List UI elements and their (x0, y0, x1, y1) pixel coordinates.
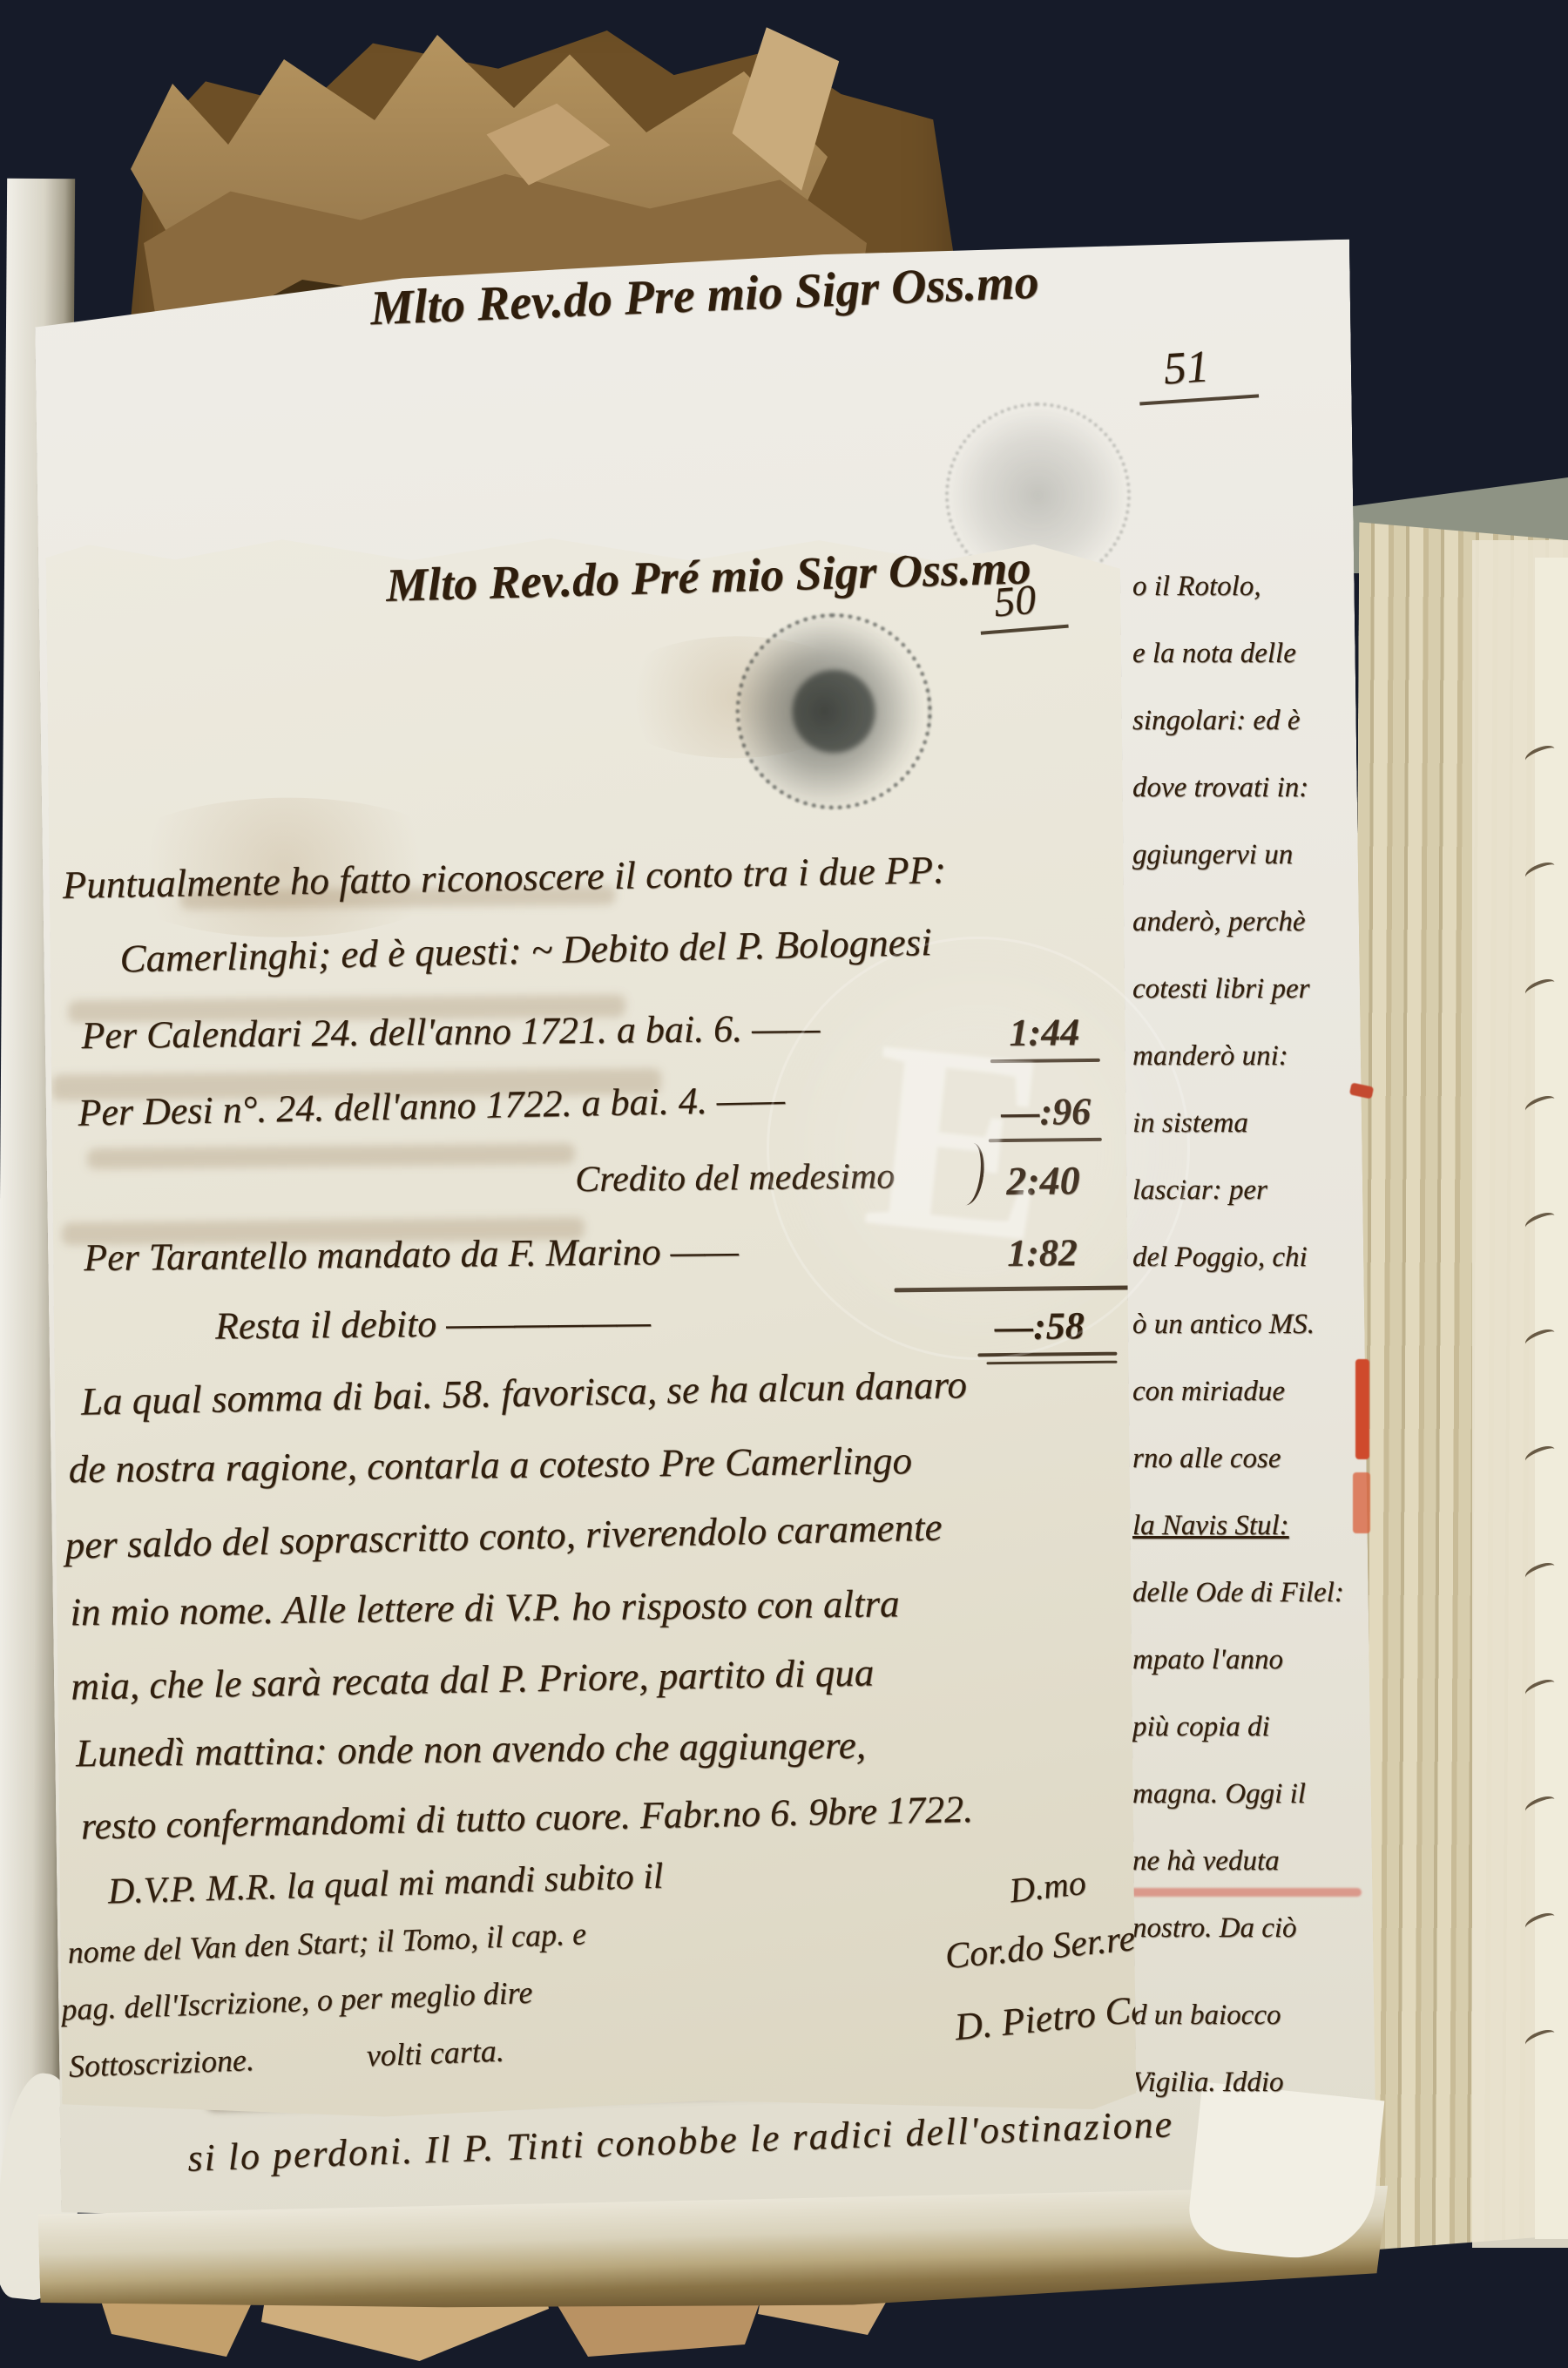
watermark-letter: E (854, 978, 1065, 1306)
scribble-mark (1523, 859, 1557, 883)
folio51-line: ggiungervi un (1132, 839, 1293, 906)
account-label: Resta il debito —————— (215, 1299, 651, 1348)
folio51-folio-number: 51 (1136, 338, 1259, 406)
folio51-text-column: o il Rotolo, e la nota delle singolari: … (1132, 571, 1363, 2139)
folio51-line: d un baiocco (1132, 1999, 1281, 2067)
folio51-line: e la nota delle (1132, 638, 1296, 705)
scribble-mark (1523, 1093, 1557, 1117)
account-rule (986, 1361, 1117, 1365)
folio51-line: ò un antico MS. (1132, 1309, 1315, 1376)
postscript-line: nome del Van den Start; il Tomo, il cap.… (67, 1915, 587, 1971)
letter-line: de nostra ragione, contarla a cotesto Pr… (68, 1438, 912, 1492)
scribble-mark (1523, 1910, 1557, 1934)
ink-stamp-blot (792, 670, 875, 754)
folio51-line: delle Ode di Filel: (1132, 1577, 1344, 1644)
postscript-end-right: volti carta. (366, 2033, 504, 2074)
scribble-mark (1523, 1793, 1557, 1817)
scribble-mark (1523, 1326, 1557, 1350)
folio51-line-underlined: la Navis Stul: (1132, 1510, 1289, 1577)
folio51-line: più copia di (1132, 1711, 1270, 1778)
account-label: Per Desi n°. 24. dell'anno 1722. a bai. … (78, 1077, 785, 1135)
letter-line: in mio nome. Alle lettere di V.P. ho ris… (70, 1580, 900, 1634)
folio51-line: magna. Oggi il (1132, 1778, 1306, 1845)
scribble-mark (1523, 1443, 1557, 1467)
folio51-line: con miriadue (1132, 1376, 1285, 1443)
signature-line: D.mo (1007, 1862, 1088, 1911)
scribble-mark (1523, 1559, 1557, 1584)
scribble-mark (1523, 976, 1557, 1000)
letter-line: mia, che le sarà recata dal P. Priore, p… (71, 1649, 875, 1708)
postscript-end-left: Sottoscrizione. (68, 2042, 254, 2084)
scribble-mark (1523, 742, 1557, 767)
folio51-number-text: 51 (1136, 338, 1259, 406)
folio51-line: nostro. Da ciò (1132, 1912, 1297, 1979)
scribble-mark (1523, 1676, 1557, 1701)
folio51-line: mpato l'anno (1132, 1644, 1283, 1711)
postscript-line: D.V.P. M.R. la qual mi mandi subito il (107, 1856, 664, 1913)
folio51-line: dove trovati in: (1132, 772, 1308, 839)
signature-block: D.mo Cor.do Ser.re D. Pietro Canneti (914, 1865, 1133, 2068)
signature-line: Cor.do Ser.re (943, 1918, 1138, 1978)
folio51-line: anderò, perchè (1132, 906, 1306, 973)
folio51-line: rno alle cose (1132, 1443, 1281, 1510)
account-label: Per Tarantello mandato da F. Marino —— (84, 1228, 739, 1280)
red-pencil-underline (1128, 1888, 1362, 1897)
letter-line: Lunedì mattina: onde non avendo che aggi… (76, 1722, 866, 1776)
fore-edge-scribbles (1517, 645, 1568, 2143)
account-label: Per Calendari 24. dell'anno 1721. a bai.… (81, 1005, 820, 1058)
postscript-line: pag. dell'Iscrizione, o per meglio dire (61, 1974, 533, 2028)
scribble-mark (1523, 1209, 1557, 1234)
watermark-seal: E (767, 937, 1190, 1360)
folio51-line: Vigilia. Iddio (1132, 2067, 1284, 2134)
scribble-mark (1523, 2026, 1557, 2051)
letter-line: per saldo del soprascritto conto, rivere… (64, 1505, 943, 1568)
postscript-line-end: Sottoscrizione. volti carta. (68, 2033, 504, 2085)
folio51-line: o il Rotolo, (1132, 571, 1261, 638)
folio51-line: singolari: ed è (1132, 705, 1300, 772)
letter-line: resto confermandomi di tutto cuore. Fabr… (81, 1787, 974, 1849)
folio50-folio-number: 50 (977, 573, 1069, 635)
folio51-line: cotesti libri per (1132, 973, 1309, 1040)
ink-stamp (734, 612, 932, 810)
folio50-number-text: 50 (977, 573, 1069, 635)
manuscript-photo: Mlto Rev.do Pre mio Sigr Oss.mo 51 o il … (0, 0, 1568, 2368)
folio51-line: ne hà veduta (1132, 1845, 1280, 1912)
